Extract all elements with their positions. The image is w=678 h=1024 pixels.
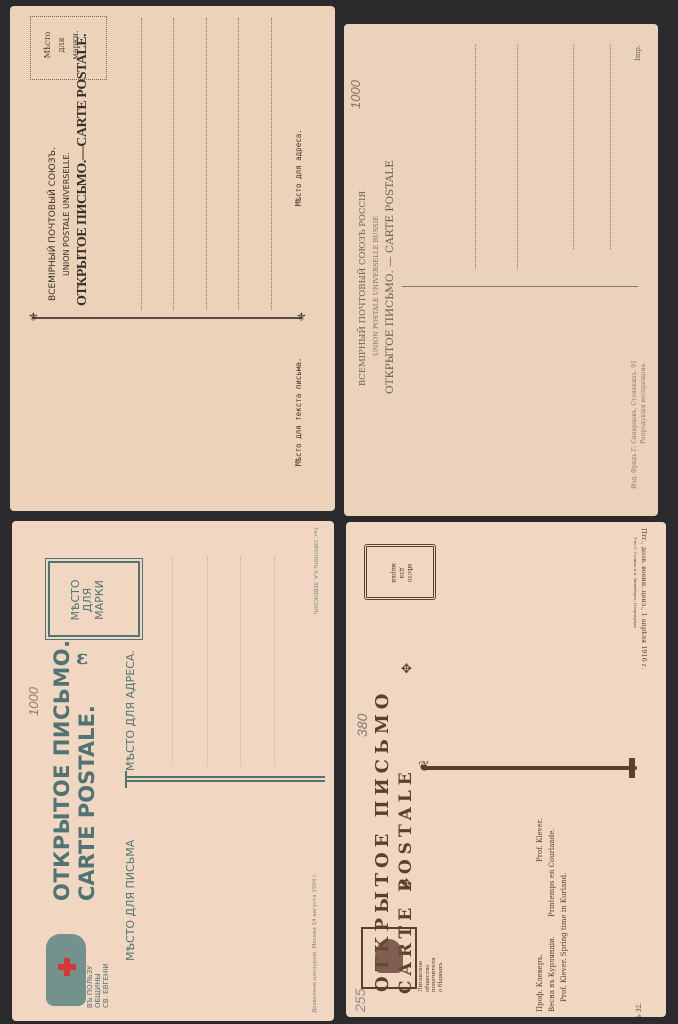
message-label: Мѣсто для текста письма. [294,358,303,466]
header-line-1: ВСЕМІРНЫЙ ПОЧТОВЫЙ СОЮЗЪ. [48,147,58,301]
address-line [238,18,239,310]
address-label: Мѣсто для адреса. [294,129,303,206]
caption-fr-2: Printemps en Courlande. [548,828,556,917]
address-line [206,18,207,310]
handwritten-price: 1000 [348,80,363,109]
publisher-line-1: Изд. Фрвдъ Г. Сапарцевъ, Стояккихъ. 91 [631,360,638,489]
caption-ru-1: Проф. Клеверъ. [536,954,544,1012]
emblem-line: ВЪ ПОЛЬЗУ [86,963,94,1008]
emblem-line: попечителя [431,958,438,992]
postcard-top-right: 1000 ВСЕМІРНЫЙ ПОЧТОВЫЙ СОЮЗЪ РОССІЯ UNI… [344,24,658,516]
header-line-3: ОТКРЫТОЕ ПИСЬМО. — CARTE POSTALE [384,160,396,394]
address-line [207,556,208,766]
emblem-line: ОБЩИНЫ [94,963,102,1008]
handwritten-price: 1000 [26,687,41,716]
handwritten-note: 255 [352,989,368,1012]
address-line [475,44,476,269]
address-line [141,18,142,310]
address-line [610,44,611,249]
divider-line [125,780,325,782]
society-emblem [361,927,417,989]
imprint: Imp. [634,45,642,61]
emblem-line: Лиганское [418,958,425,992]
header-line-3: ОТКРЫТОЕ ПИСЬМО.—CARTE POSTALE. [75,34,91,306]
stamp-box: Мѣсто для марки. [30,16,107,80]
divider-bar [125,771,127,788]
header-line-1: ВСЕМІРНЫЙ ПОЧТОВЫЙ СОЮЗЪ РОССІЯ [358,191,368,386]
stamp-text: мѣсто [405,553,413,593]
divider-ornament-right: ⚜ [296,310,307,324]
ornament-icon: ✥ [401,662,412,677]
printer-text: Т-во Р. Голике и А. Вильборгъ, Петроград… [633,537,638,628]
address-line [173,18,174,310]
address-label: МѢСТО ДЛЯ АДРЕСА. [124,650,137,771]
address-line [517,44,518,269]
divider-ornament-end [629,758,635,778]
stamp-box: мѣсто для марки [364,544,436,600]
stamp-text: МАРКИ [94,575,106,625]
emblem-line: СВ. ЕВГЕНІИ [102,963,110,1008]
censor-text: Птг., дозв. военн. ценз., 1 апрѣля 1916 … [640,528,648,669]
emblem-line: о бѣдныхъ [438,958,445,992]
caption-ru-2: Весна въ Курляндіи. [548,936,556,1012]
divider-line [402,286,638,287]
card-number: № 32. [636,1003,643,1017]
address-line [172,556,173,766]
emblem-figure [375,939,403,973]
publisher-line-2: Репродукція воспрещена. [640,362,647,444]
postcard-bottom-right: мѣсто для марки ОТКРЫТОЕ ПИСЬМО CARTE PO… [346,522,666,1017]
stamp-text: Мѣсто [41,23,55,67]
censor-text: Дозволено цензурою. Москва 14 августа 19… [312,872,318,1013]
address-line [274,556,275,766]
caption-en: Prof. Klever. Spring time in Kurland. [560,873,568,1002]
red-cross-emblem: ВЪ ПОЛЬЗУ ОБЩИНЫ СВ. ЕВГЕНІИ [40,926,98,1016]
header-line-2: UNION POSTALE UNIVERSELLE. [62,152,71,276]
stamp-text: для [397,553,405,593]
divider-line [32,317,302,319]
stamp-text: для [55,23,69,67]
postcard-top-left: Мѣсто для марки. ВСЕМІРНЫЙ ПОЧТОВЫЙ СОЮЗ… [10,6,335,511]
title-ornament: ɛ [76,645,88,669]
stamp-box: МѢСТО ДЛЯ МАРКИ [48,561,140,637]
postcard-bottom-left: 1000 ОТКРЫТОЕ ПИСЬМО. CARTE POSTALE. ɛ М… [12,521,334,1021]
divider-ornament-cap: ❦ [418,759,430,775]
title-line-2: CARTE POSTALE. [75,705,99,901]
address-line [271,18,272,310]
header-line-2: UNION POSTALE UNIVERSELLE RUSSIE [372,216,380,356]
divider-ornament-left: ⚜ [28,310,39,324]
divider-ornament [423,766,637,770]
caption-fr-1: Prof. Klever. [536,818,544,862]
handwritten-price: 380 [354,714,370,737]
ornament-icon: ✥ [401,877,412,892]
address-line [240,556,241,766]
printer-text: Тип. СИРОТИНЪ А.А. ЛЕВЕНСОНЪ [312,527,318,614]
message-label: МѢСТО ДЛЯ ПИСЬМА [124,840,137,961]
stamp-text: марки [389,553,397,593]
emblem-text: Лиганское общество попечителя о бѣдныхъ [418,958,444,992]
address-line [573,44,574,249]
emblem-text: ВЪ ПОЛЬЗУ ОБЩИНЫ СВ. ЕВГЕНІИ [86,963,110,1008]
red-cross-icon-vertical [64,958,70,976]
title-line-1: ОТКРЫТОЕ ПИСЬМО. [50,639,74,901]
divider-line [125,776,325,778]
